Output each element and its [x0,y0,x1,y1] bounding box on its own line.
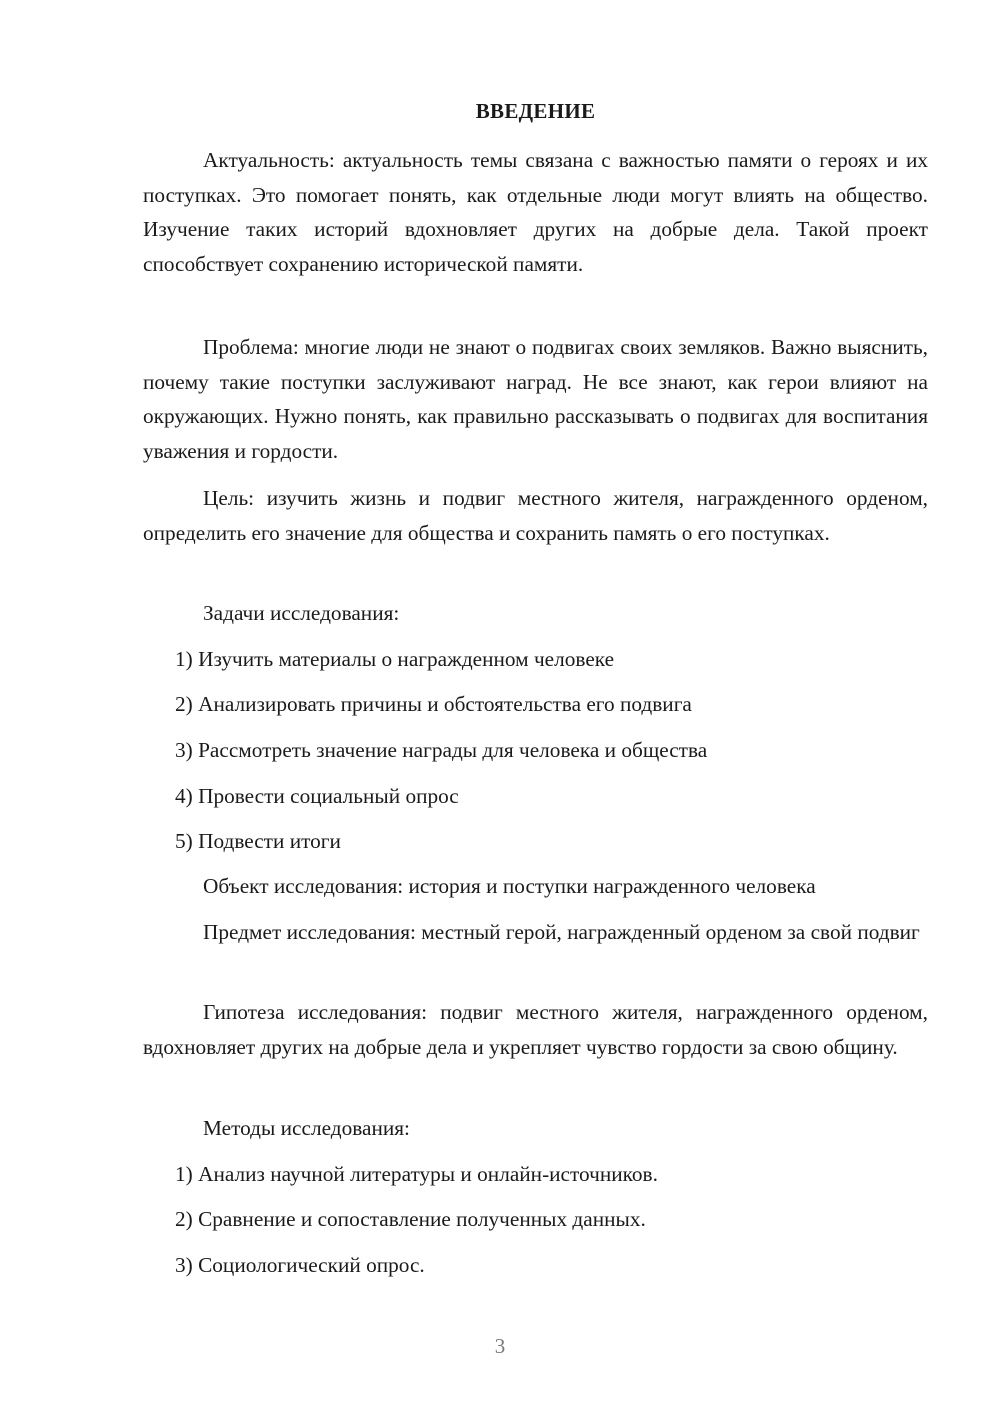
relevance-paragraph: Актуальность: актуальность темы связана … [143,143,928,281]
hypothesis-paragraph: Гипотеза исследования: подвиг местного ж… [143,995,928,1064]
task-item: 3) Рассмотреть значение награды для чело… [175,733,707,768]
method-item: 1) Анализ научной литературы и онлайн-ис… [175,1157,658,1192]
page-number: 3 [0,1334,1000,1359]
goal-paragraph: Цель: изучить жизнь и подвиг местного жи… [143,481,928,550]
method-item: 2) Сравнение и сопоставление полученных … [175,1202,646,1237]
methods-heading: Методы исследования: [203,1111,410,1146]
task-item: 5) Подвести итоги [175,824,341,859]
object-line: Объект исследования: история и поступки … [203,869,816,904]
section-title: ВВЕДЕНИЕ [143,97,928,125]
task-item: 1) Изучить материалы о награжденном чело… [175,642,614,677]
task-item: 4) Провести социальный опрос [175,779,459,814]
subject-paragraph: Предмет исследования: местный герой, наг… [143,915,928,950]
method-item: 3) Социологический опрос. [175,1248,425,1283]
task-item: 2) Анализировать причины и обстоятельств… [175,687,692,722]
tasks-heading: Задачи исследования: [203,596,399,631]
problem-paragraph: Проблема: многие люди не знают о подвига… [143,330,928,468]
